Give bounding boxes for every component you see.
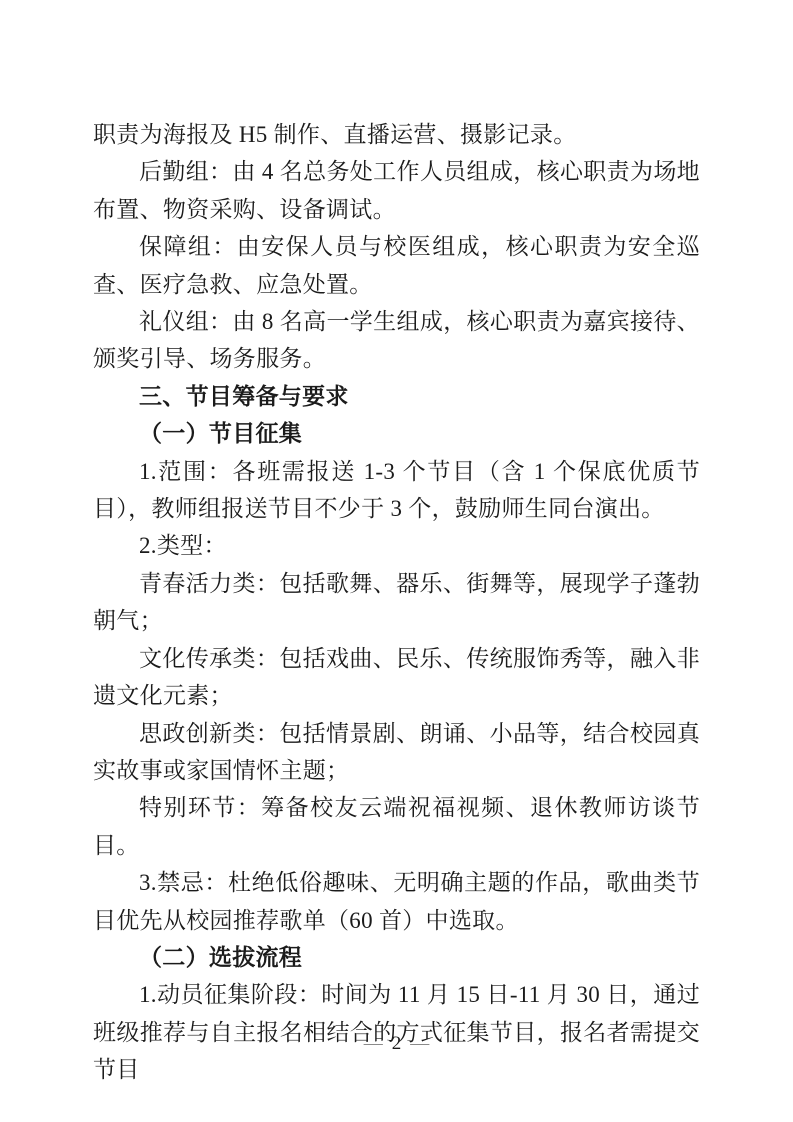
paragraph-special-segment: 特别环节：筹备校友云端祝福视频、退休教师访谈节目。 bbox=[93, 789, 700, 864]
paragraph-logistics-group: 后勤组：由 4 名总务处工作人员组成，核心职责为场地布置、物资采购、设备调试。 bbox=[93, 153, 700, 228]
paragraph-security-group: 保障组：由安保人员与校医组成，核心职责为安全巡查、医疗急救、应急处置。 bbox=[93, 228, 700, 303]
page-footer: —2— bbox=[0, 1033, 793, 1055]
page-number: 2 bbox=[392, 1033, 402, 1055]
paragraph-type-ideological-innovation: 思政创新类：包括情景剧、朗诵、小品等，结合校园真实故事或家国情怀主题； bbox=[93, 715, 700, 790]
subsection-heading-selection-process: （二）选拔流程 bbox=[93, 939, 700, 976]
subsection-heading-program-collection: （一）节目征集 bbox=[93, 415, 700, 452]
footer-dash-left: — bbox=[364, 1033, 383, 1054]
footer-dash-right: — bbox=[410, 1033, 429, 1054]
paragraph-type-youth-vitality: 青春活力类：包括歌舞、器乐、街舞等，展现学子蓬勃朝气； bbox=[93, 565, 700, 640]
document-page: 职责为海报及 H5 制作、直播运营、摄影记录。 后勤组：由 4 名总务处工作人员… bbox=[0, 0, 793, 1122]
paragraph-taboo: 3.禁忌：杜绝低俗趣味、无明确主题的作品，歌曲类节目优先从校园推荐歌单（60 首… bbox=[93, 864, 700, 939]
page-content: 职责为海报及 H5 制作、直播运营、摄影记录。 后勤组：由 4 名总务处工作人员… bbox=[93, 116, 700, 1089]
paragraph-etiquette-group: 礼仪组：由 8 名高一学生组成，核心职责为嘉宾接待、颁奖引导、场务服务。 bbox=[93, 303, 700, 378]
paragraph-scope: 1.范围：各班需报送 1-3 个节目（含 1 个保底优质节目），教师组报送节目不… bbox=[93, 453, 700, 528]
paragraph-publicity-duties-continuation: 职责为海报及 H5 制作、直播运营、摄影记录。 bbox=[93, 116, 700, 153]
paragraph-types-label: 2.类型： bbox=[93, 527, 700, 564]
paragraph-type-cultural-heritage: 文化传承类：包括戏曲、民乐、传统服饰秀等，融入非遗文化元素； bbox=[93, 640, 700, 715]
section-heading-program-preparation: 三、节目筹备与要求 bbox=[93, 378, 700, 415]
